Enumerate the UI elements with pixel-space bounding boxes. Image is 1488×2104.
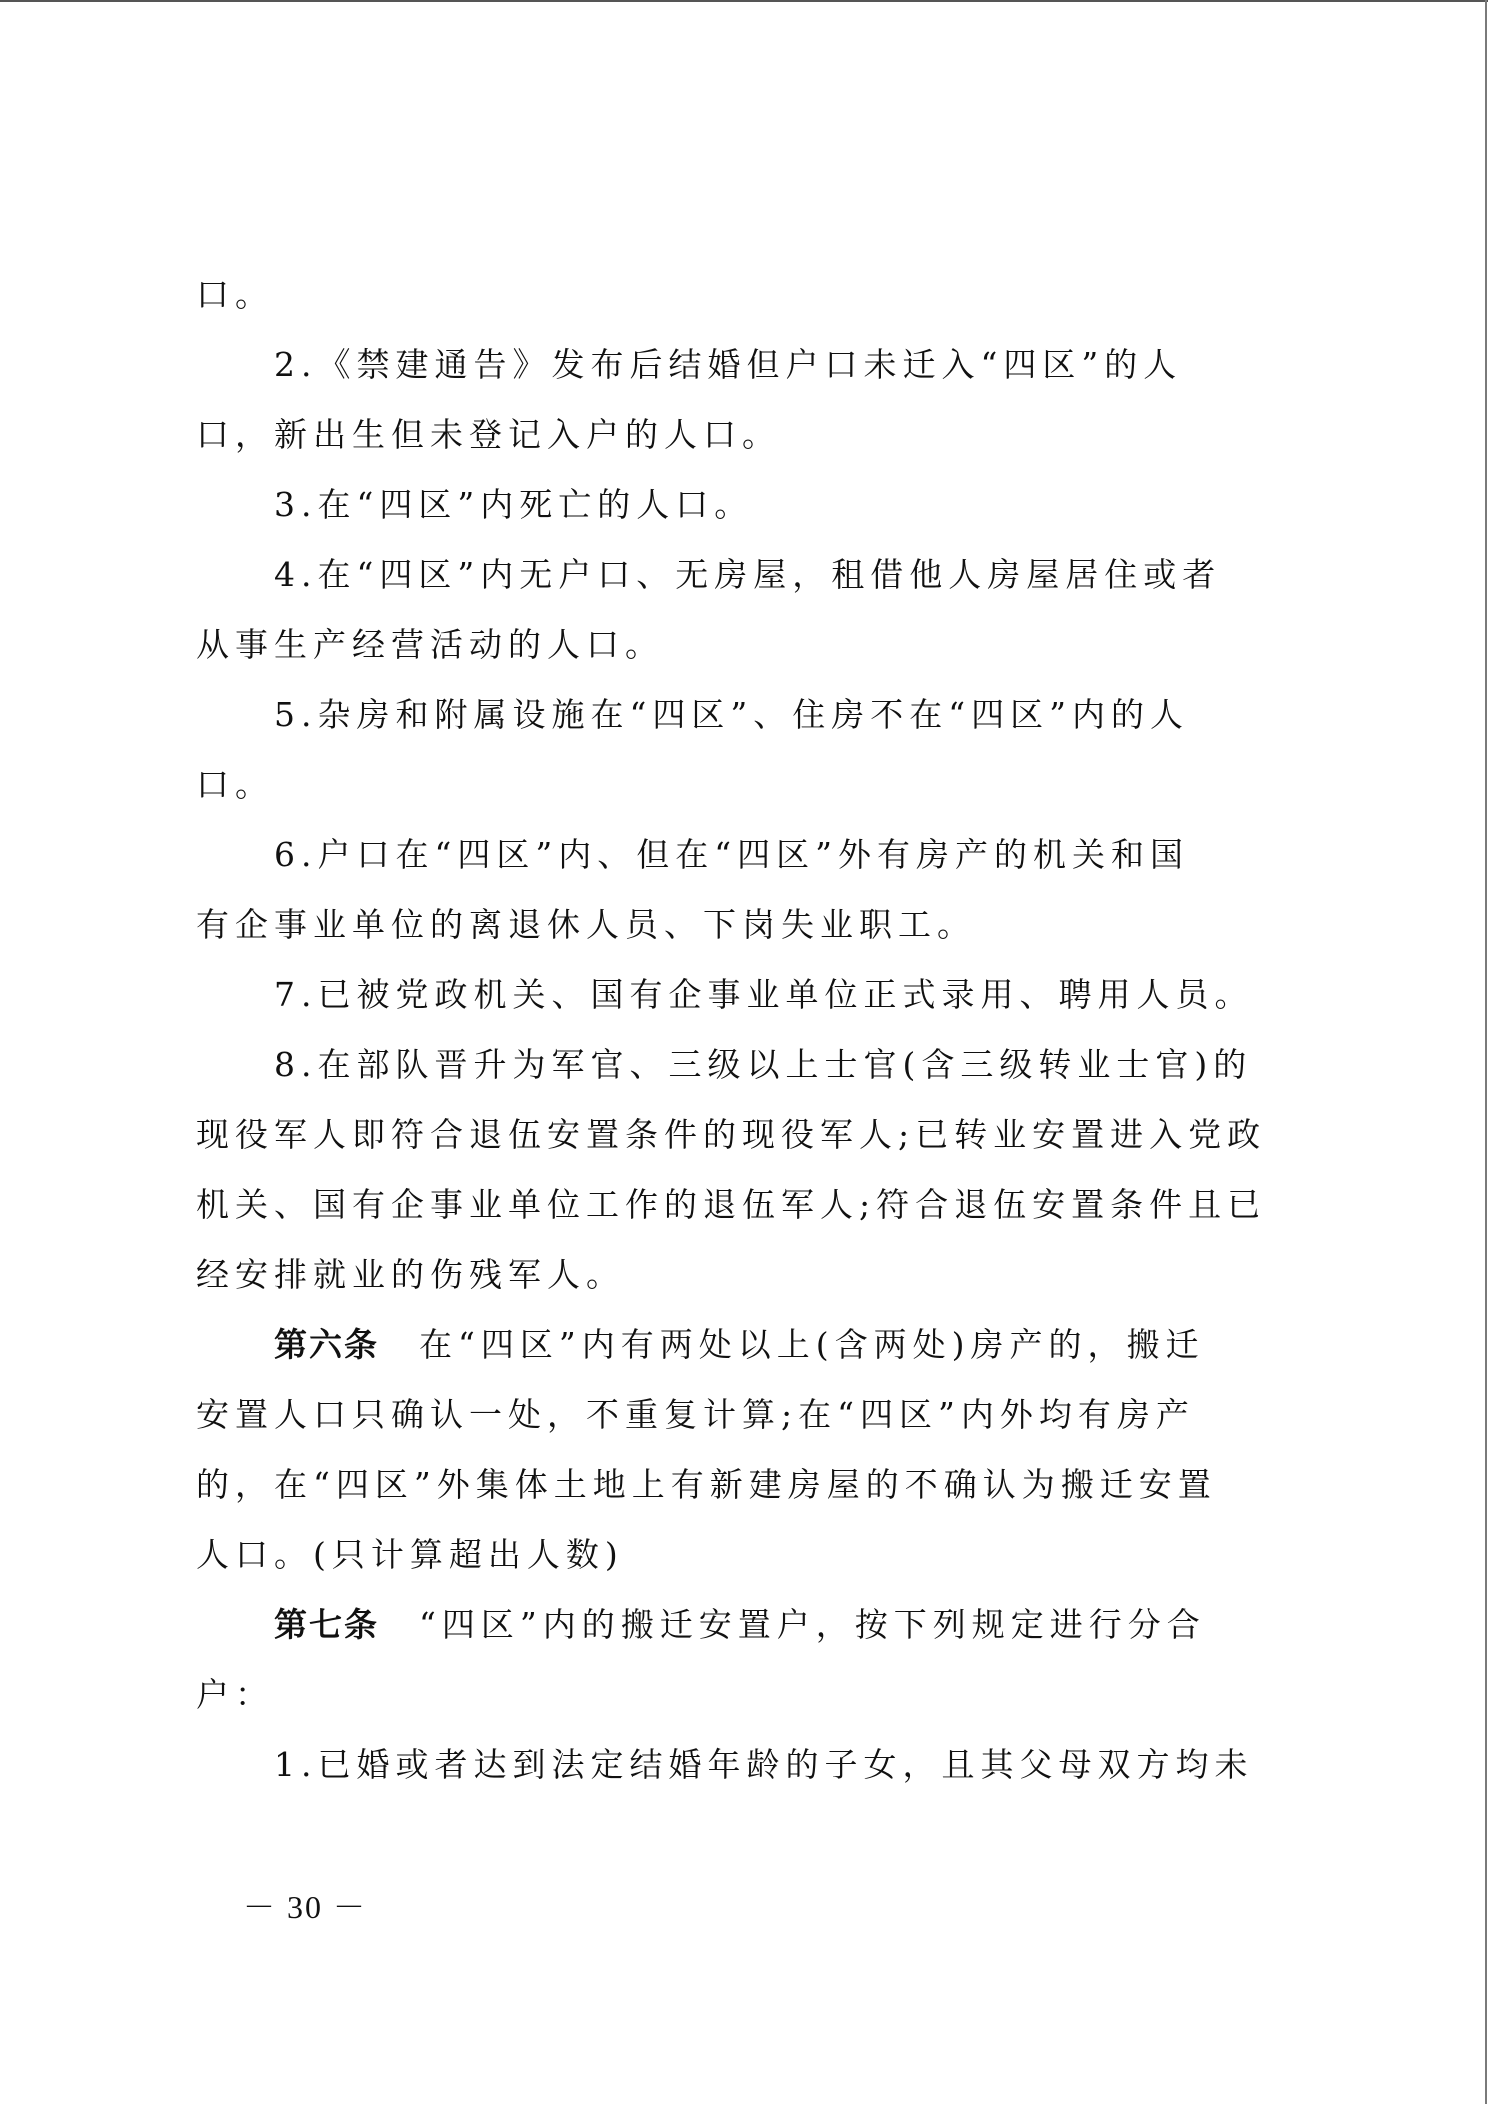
text-line: 现役军人即符合退伍安置条件的现役军人;已转业安置进入党政 (196, 1110, 1300, 1180)
text-line: 经安排就业的伤残军人。 (196, 1250, 1300, 1320)
text-line: 的，在“四区”外集体土地上有新建房屋的不确认为搬迁安置 (196, 1460, 1300, 1530)
list-item-5: 5.杂房和附属设施在“四区”、住房不在“四区”内的人 (196, 690, 1300, 760)
list-item-4: 4.在“四区”内无户口、无房屋，租借他人房屋居住或者 (196, 550, 1300, 620)
list-item-2: 2.《禁建通告》发布后结婚但户口未迁入“四区”的人 (196, 340, 1300, 410)
text-line: 户： (196, 1670, 1300, 1740)
list-item-8: 8.在部队晋升为军官、三级以上士官(含三级转业士官)的 (196, 1040, 1300, 1110)
text-line: 口，新出生但未登记入户的人口。 (196, 410, 1300, 480)
text-line: 口。 (196, 270, 1300, 340)
article-6-first-line: 第六条在“四区”内有两处以上(含两处)房产的，搬迁 (196, 1320, 1300, 1390)
article-7-text: “四区”内的搬迁安置户，按下列规定进行分合 (419, 1605, 1206, 1644)
text-line: 口。 (196, 760, 1300, 830)
text-line: 机关、国有企事业单位工作的退伍军人;符合退伍安置条件且已 (196, 1180, 1300, 1250)
article-7-first-line: 第七条“四区”内的搬迁安置户，按下列规定进行分合 (196, 1600, 1300, 1670)
document-body: 口。 2.《禁建通告》发布后结婚但户口未迁入“四区”的人 口，新出生但未登记入户… (196, 270, 1300, 1810)
list-item-6: 6.户口在“四区”内、但在“四区”外有房产的机关和国 (196, 830, 1300, 900)
list-item-7: 7.已被党政机关、国有企事业单位正式录用、聘用人员。 (196, 970, 1300, 1040)
article-6-text: 在“四区”内有两处以上(含两处)房产的，搬迁 (419, 1325, 1205, 1364)
list-item-3: 3.在“四区”内死亡的人口。 (196, 480, 1300, 550)
text-line: 人口。(只计算超出人数) (196, 1530, 1300, 1600)
text-line: 有企事业单位的离退休人员、下岗失业职工。 (196, 900, 1300, 970)
page-top-border (0, 0, 1488, 2)
page-number: － 30 － (243, 1882, 367, 1928)
text-line: 安置人口只确认一处，不重复计算;在“四区”内外均有房产 (196, 1390, 1300, 1460)
article-7-item-1: 1.已婚或者达到法定结婚年龄的子女，且其父母双方均未 (196, 1740, 1300, 1810)
article-7-heading: 第七条 (274, 1605, 379, 1644)
text-line: 从事生产经营活动的人口。 (196, 620, 1300, 690)
page-right-border (1485, 0, 1487, 2104)
article-6-heading: 第六条 (274, 1325, 379, 1364)
